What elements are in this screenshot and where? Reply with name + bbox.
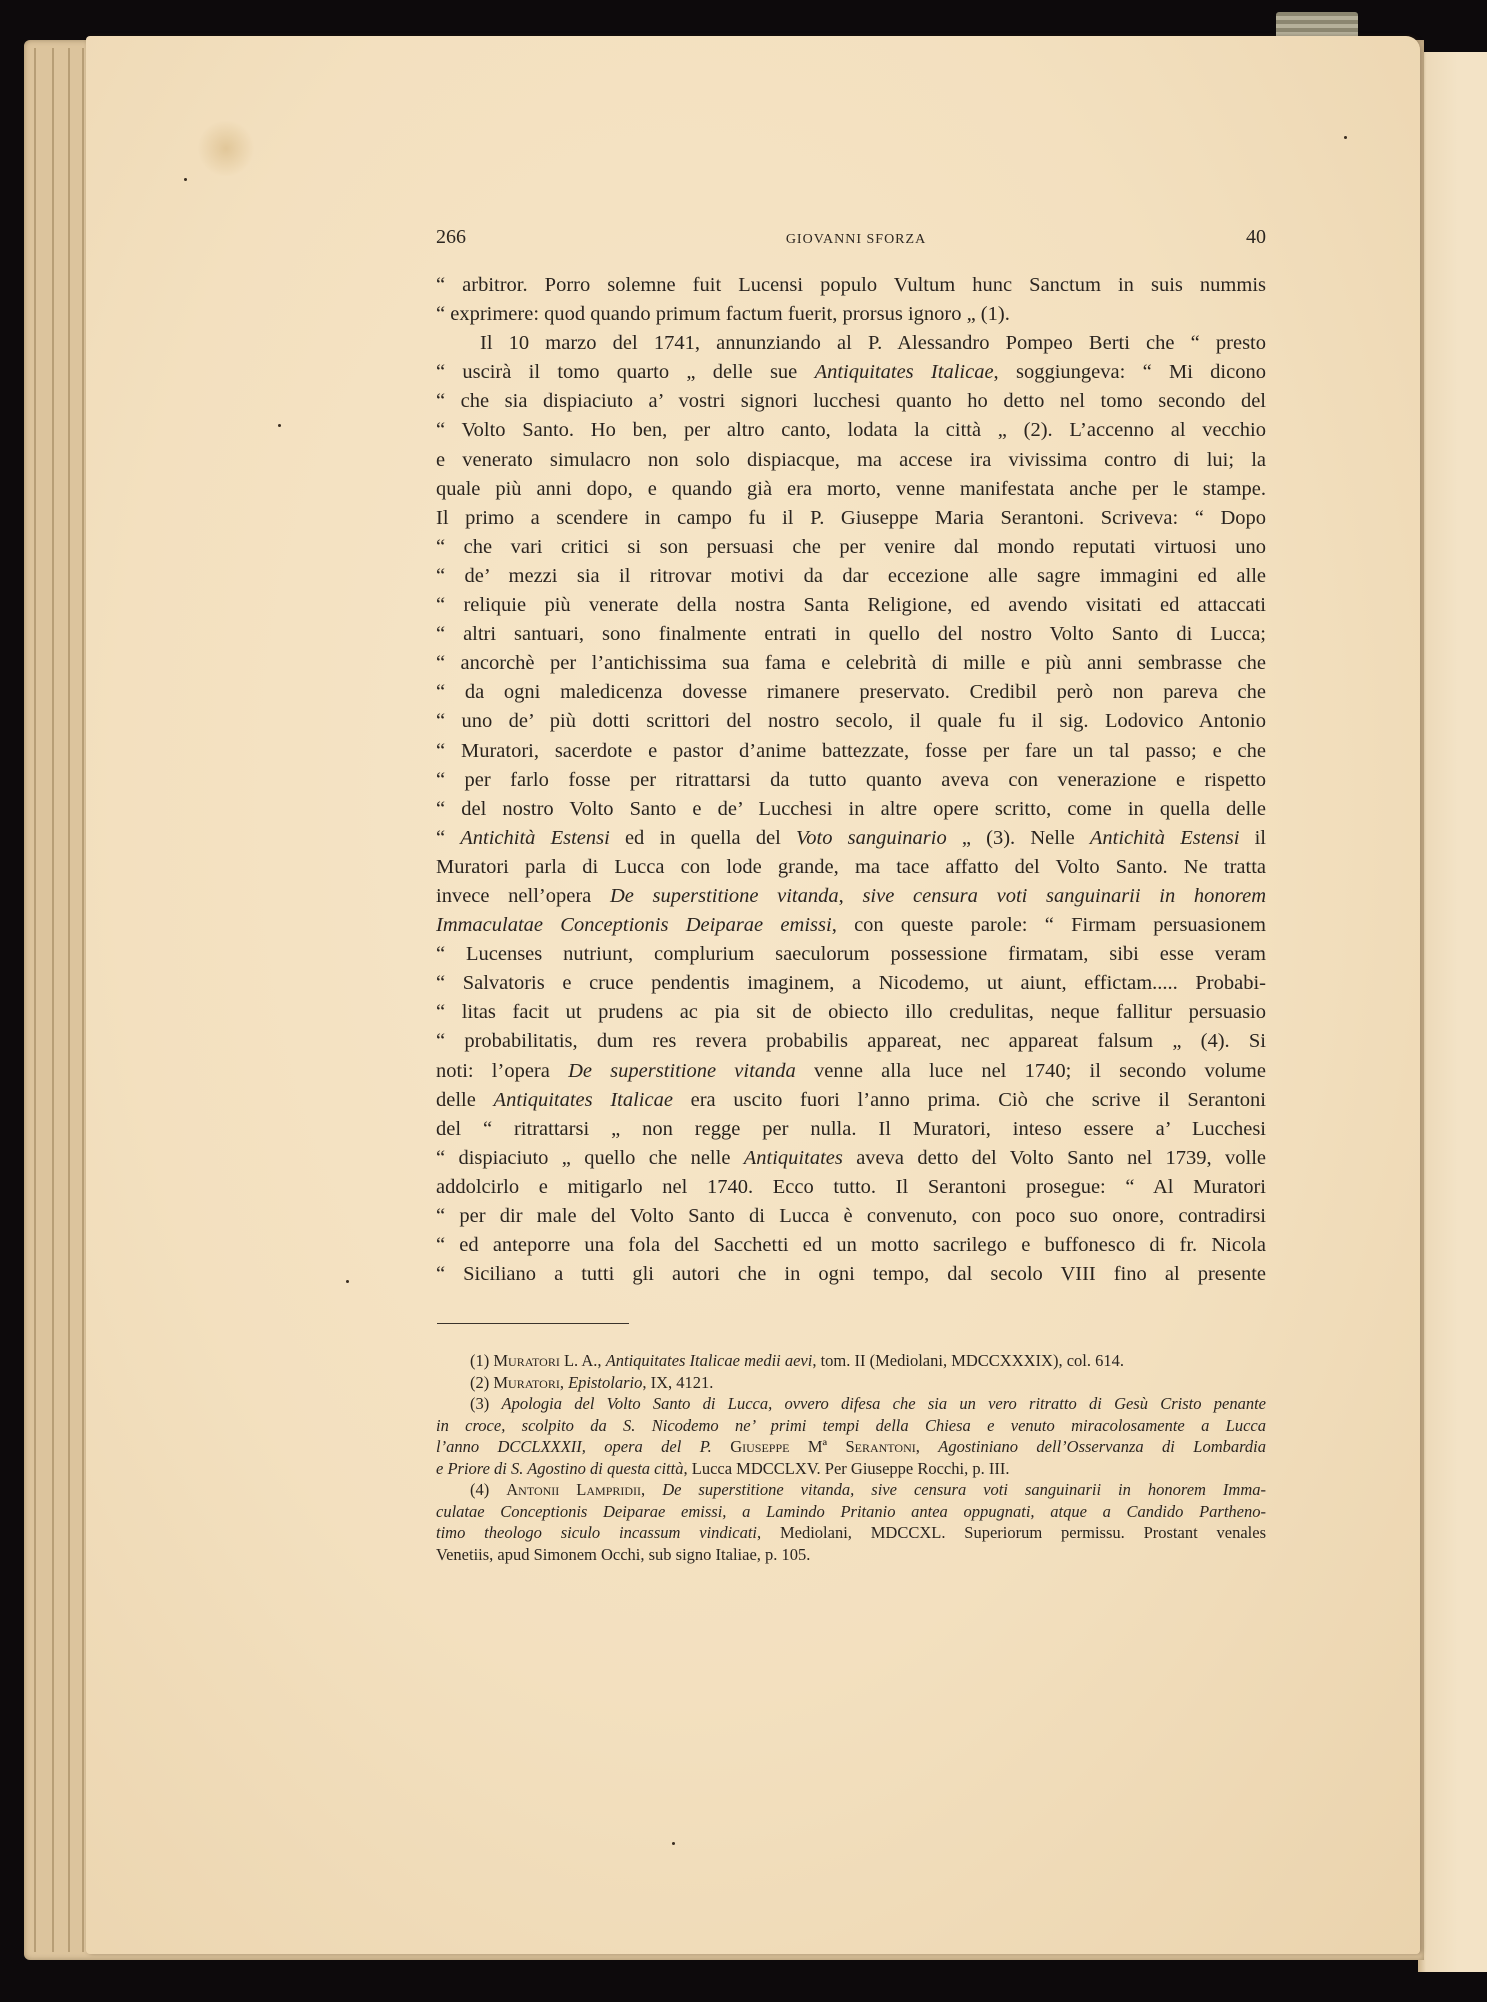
footnote-line: Venetiis, apud Simonem Occhi, sub signo … <box>436 1544 1266 1566</box>
body-line: “ del nostro Volto Santo e de’ Lucchesi … <box>436 795 1266 824</box>
body-line: invece nell’opera De superstitione vitan… <box>436 882 1266 911</box>
body-line: “ dispiaciuto „ quello che nelle Antiqui… <box>436 1144 1266 1173</box>
footnote-line: (2) Muratori, Epistolario, IX, 4121. <box>436 1372 1266 1394</box>
body-line: “ che vari critici si son persuasi che p… <box>436 533 1266 562</box>
body-line: “ Volto Santo. Ho ben, per altro canto, … <box>436 416 1266 445</box>
footnote-line: (1) Muratori L. A., Antiquitates Italica… <box>436 1350 1266 1372</box>
water-stain <box>196 121 256 176</box>
body-line: e venerato simulacro non solo dispiacque… <box>436 446 1266 475</box>
footnote-line: culatae Conceptionis Deiparae emissi, a … <box>436 1501 1266 1523</box>
body-line: noti: l’opera De superstitione vitanda v… <box>436 1057 1266 1086</box>
body-line: “ Lucenses nutriunt, complurium saeculor… <box>436 940 1266 969</box>
body-text: “ arbitror. Porro solemne fuit Lucensi p… <box>436 271 1266 1289</box>
body-line: “ ancorchè per l’antichissima sua fama e… <box>436 649 1266 678</box>
body-line: “ arbitror. Porro solemne fuit Lucensi p… <box>436 271 1266 300</box>
footnotes: (1) Muratori L. A., Antiquitates Italica… <box>436 1350 1266 1565</box>
body-line: del “ ritrattarsi „ non regge per nulla.… <box>436 1115 1266 1144</box>
footnote-line: in croce, scolpito da S. Nicodemo ne’ pr… <box>436 1415 1266 1437</box>
footnote-rule <box>437 1323 629 1324</box>
body-line: “ reliquie più venerate della nostra San… <box>436 591 1266 620</box>
body-line: “ che sia dispiaciuto a’ vostri signori … <box>436 387 1266 416</box>
running-title: GIOVANNI SFORZA <box>786 232 926 248</box>
body-line: “ litas facit ut prudens ac pia sit de o… <box>436 998 1266 1027</box>
section-number: 40 <box>1246 226 1266 249</box>
body-line: Il primo a scendere in campo fu il P. Gi… <box>436 504 1266 533</box>
body-line: “ Siciliano a tutti gli autori che in og… <box>436 1260 1266 1289</box>
body-line: “ per farlo fosse per ritrattarsi da tut… <box>436 766 1266 795</box>
body-line: “ da ogni maledicenza dovesse rimanere p… <box>436 678 1266 707</box>
running-header: 266 GIOVANNI SFORZA 40 <box>436 226 1266 254</box>
body-line: “ ed anteporre una fola del Sacchetti ed… <box>436 1231 1266 1260</box>
body-line: “ Salvatoris e cruce pendentis imaginem,… <box>436 969 1266 998</box>
footnote-line: (3) Apologia del Volto Santo di Lucca, o… <box>436 1393 1266 1415</box>
page-number: 266 <box>436 226 466 249</box>
body-line: quale più anni dopo, e quando già era mo… <box>436 475 1266 504</box>
footnote-line: (4) Antonii Lampridii, De superstitione … <box>436 1479 1266 1501</box>
body-line: Muratori parla di Lucca con lode grande,… <box>436 853 1266 882</box>
body-line: Il 10 marzo del 1741, annunziando al P. … <box>436 329 1266 358</box>
body-line: “ Antichità Estensi ed in quella del Vot… <box>436 824 1266 853</box>
body-line: addolcirlo e mitigarlo nel 1740. Ecco tu… <box>436 1173 1266 1202</box>
facing-page-edge <box>1418 52 1487 1972</box>
body-line: Immaculatae Conceptionis Deiparae emissi… <box>436 911 1266 940</box>
body-line: “ Muratori, sacerdote e pastor d’anime b… <box>436 737 1266 766</box>
footnote-line: l’anno DCCLXXXII, opera del P. Giuseppe … <box>436 1436 1266 1458</box>
body-line: delle Antiquitates Italicae era uscito f… <box>436 1086 1266 1115</box>
body-line: “ per dir male del Volto Santo di Lucca … <box>436 1202 1266 1231</box>
body-line: “ uno de’ più dotti scrittori del nostro… <box>436 707 1266 736</box>
body-line: “ exprimere: quod quando primum factum f… <box>436 300 1266 329</box>
footnote-line: e Priore di S. Agostino di questa città,… <box>436 1458 1266 1480</box>
body-line: “ de’ mezzi sia il ritrovar motivi da da… <box>436 562 1266 591</box>
body-line: “ altri santuari, sono finalmente entrat… <box>436 620 1266 649</box>
body-line: “ uscirà il tomo quarto „ delle sue Anti… <box>436 358 1266 387</box>
footnote-line: timo theologo siculo incassum vindicati,… <box>436 1522 1266 1544</box>
body-line: “ probabilitatis, dum res revera probabi… <box>436 1027 1266 1056</box>
